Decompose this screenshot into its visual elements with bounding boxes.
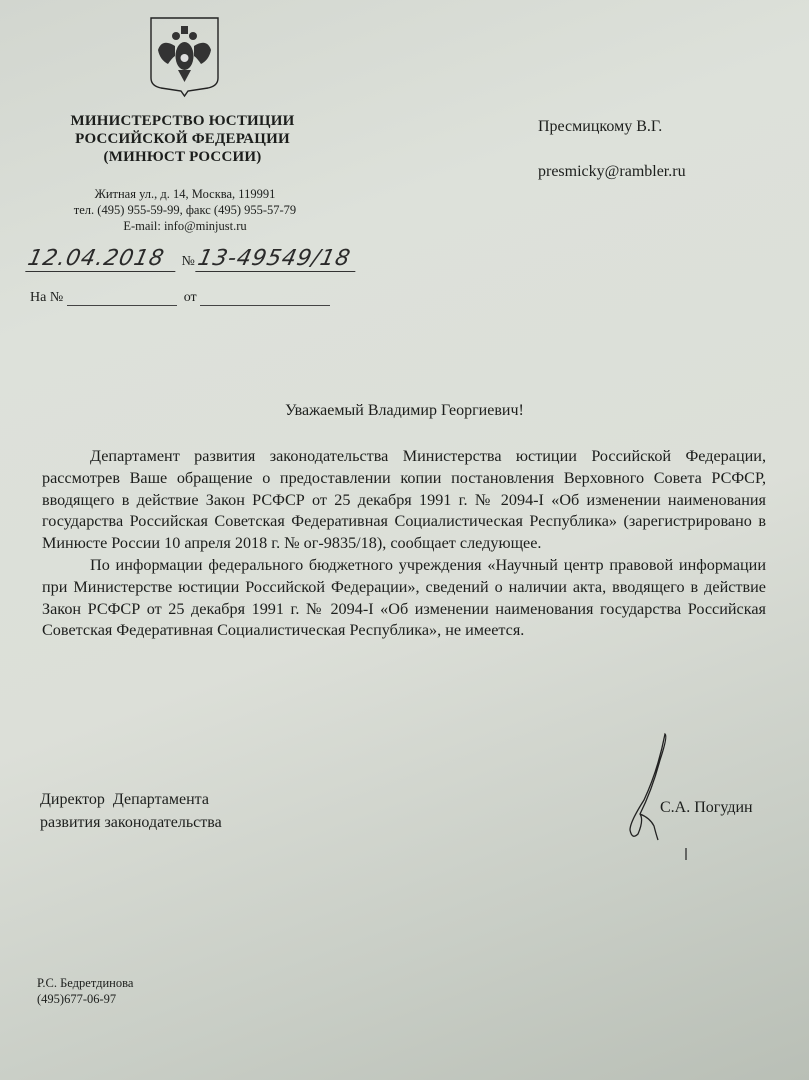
executor-name: Р.С. Бедретдинова — [37, 975, 133, 991]
recipient-email: presmicky@rambler.ru — [538, 163, 686, 181]
ministry-contacts: Житная ул., д. 14, Москва, 119991 тел. (… — [40, 186, 330, 234]
ministry-name: МИНИСТЕРСТВО ЮСТИЦИИ РОССИЙСКОЙ ФЕДЕРАЦИ… — [50, 112, 315, 166]
reply-reference-line: На № от — [30, 290, 330, 306]
number-label: № — [182, 254, 195, 269]
signatory-name: С.А. Погудин — [660, 799, 753, 817]
reply-number-label: На № — [30, 290, 63, 305]
recipient-name: Пресмицкому В.Г. — [538, 118, 662, 136]
signatory-title-line1: Директор Департамента — [40, 788, 222, 811]
letter-page: МИНИСТЕРСТВО ЮСТИЦИИ РОССИЙСКОЙ ФЕДЕРАЦИ… — [0, 0, 809, 1080]
ministry-address: Житная ул., д. 14, Москва, 119991 — [40, 186, 330, 202]
paragraph-1: Департамент развития законодательства Ми… — [42, 446, 766, 555]
registration-date: 12.04.2018 — [25, 246, 181, 272]
ministry-name-line3: (МИНЮСТ РОССИИ) — [50, 148, 315, 166]
executor-info: Р.С. Бедретдинова (495)677-06-97 — [37, 975, 133, 1007]
registration-line: 12.04.2018 № 13-49549/18 — [28, 246, 358, 272]
coat-of-arms-icon — [148, 16, 221, 98]
reply-number-blank — [67, 291, 177, 306]
ministry-name-line1: МИНИСТЕРСТВО ЮСТИЦИИ — [50, 112, 315, 130]
ministry-name-line2: РОССИЙСКОЙ ФЕДЕРАЦИИ — [50, 130, 315, 148]
handwritten-signature-icon — [610, 730, 690, 860]
reply-date-blank — [200, 291, 330, 306]
executor-phone: (495)677-06-97 — [37, 991, 133, 1007]
reply-from-label: от — [184, 290, 197, 305]
paragraph-2: По информации федерального бюджетного уч… — [42, 555, 766, 642]
signatory-title-line2: развития законодательства — [40, 811, 222, 834]
signatory-title: Директор Департамента развития законодат… — [40, 788, 222, 834]
registration-number: 13-49549/18 — [196, 246, 362, 272]
greeting: Уважаемый Владимир Георгиевич! — [0, 402, 809, 420]
ministry-phone: тел. (495) 955-59-99, факс (495) 955-57-… — [40, 202, 330, 218]
ministry-email: E-mail: info@minjust.ru — [40, 218, 330, 234]
letter-body: Департамент развития законодательства Ми… — [42, 446, 766, 642]
